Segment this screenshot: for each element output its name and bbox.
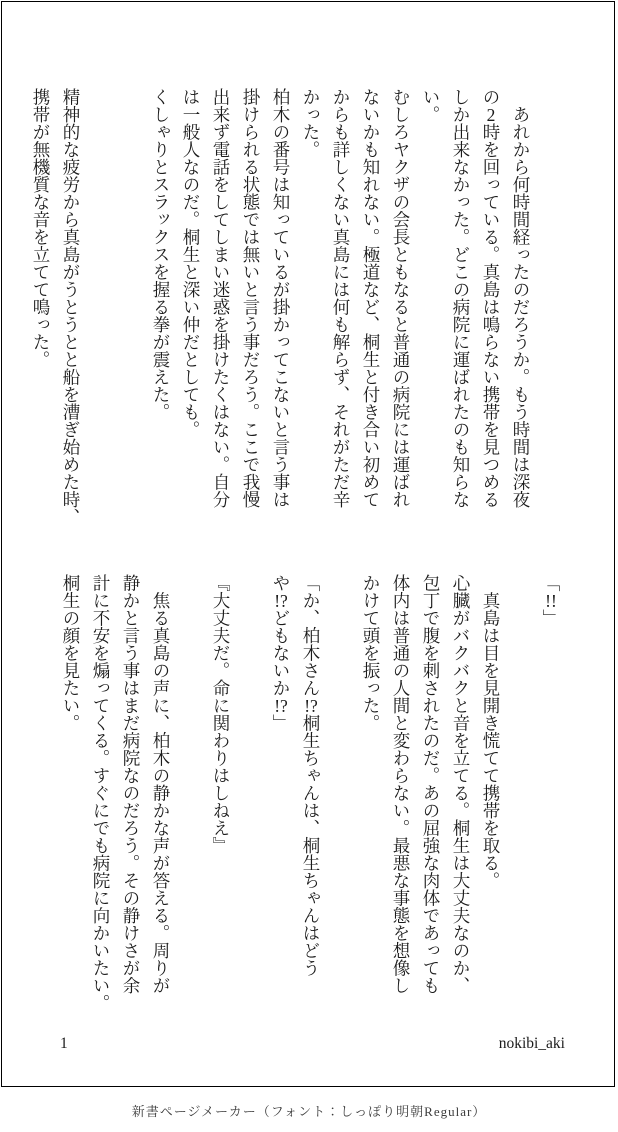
text-line [236,574,266,1026]
text-line: い。 [416,88,446,540]
page-number: 1 [60,1035,68,1053]
text-line: ないかも知れない。極道など、桐生と付き合い初めて [356,88,386,540]
text-line: は一般人なのだ。桐生と深い仲だとしても。 [176,88,206,540]
page-footer: 1 nokibi_aki [60,1035,565,1053]
text-line: むしろヤクザの会長ともなると普通の病院には運ばれ [386,88,416,540]
text-line: 包丁で腹を刺されたのだ。あの屈強な肉体であっても [416,574,446,1026]
text-line: 心臓がバクバクと音を立てる。桐生は大丈夫なのか、 [446,574,476,1026]
author-name: nokibi_aki [499,1035,565,1053]
text-line: 計に不安を煽ってくる。すぐにでも病院に向かいたい。 [86,574,116,1026]
text-line [506,574,536,1026]
text-line: からも詳しくない真島には何も解らず、それがただ辛 [326,88,356,540]
text-line: 柏木の番号は知っているが掛かってこないと言う事は [266,88,296,540]
text-line: 精神的な疲労から真島がうとうとと船を漕ぎ始めた時、 [56,88,86,540]
page-border-frame: あれから何時間経ったのだろうか。もう時間は深夜の2時を回っている。真島は鳴らない… [1,1,615,1087]
text-line: しか出来なかった。どこの病院に運ばれたのも知らな [446,88,476,540]
tatechuyoko: !? [271,697,291,715]
text-line [176,574,206,1026]
text-line: 掛けられる状態では無いと言う事だろう。ここで我慢 [236,88,266,540]
text-line: 携帯が無機質な音を立てて鳴った。 [26,88,56,540]
tatechuyoko: !? [301,697,321,715]
text-line: 真島は目を見開き慌てて携帯を取る。 [476,574,506,1026]
text-line: くしゃりとスラックスを握る拳が震えた。 [146,88,176,540]
text-line: 「か、柏木さん!?桐生ちゃんは、桐生ちゃんはどう [296,574,326,1026]
text-line: かった。 [296,88,326,540]
text-line: 『大丈夫だ。命に関わりはしねえ』 [206,574,236,1026]
text-line: 焦る真島の声に、柏木の静かな声が答える。周りが [146,574,176,1026]
text-line: 体内は普通の人間と変わらない。最悪な事態を想像し [386,574,416,1026]
text-line: 桐生の顔を見たい。 [56,574,86,1026]
vertical-text-row-bottom: 「!!」 真島は目を見開き慌てて携帯を取る。心臓がバクバクと音を立てる。桐生は大… [26,574,566,1026]
text-line: あれから何時間経ったのだろうか。もう時間は深夜 [506,88,536,540]
text-line: の2時を回っている。真島は鳴らない携帯を見つめる [476,88,506,540]
text-line [116,88,146,540]
text-line: 「!!」 [536,574,566,1026]
generator-caption: 新書ページメーカー（フォント：しっぽり明朝Regular） [0,1101,618,1120]
text-line: 出来ず電話をしてしまい迷惑を掛けたくはない。自分 [206,88,236,540]
text-line: 静かと言う事はまだ病院なのだろう。その静けさが余 [116,574,146,1026]
text-line: や!?どもないか!?」 [266,574,296,1026]
tatechuyoko: 2 [481,106,501,124]
text-line [536,88,566,540]
tatechuyoko: !? [271,592,291,610]
tatechuyoko: !! [541,592,561,610]
text-line [86,88,116,540]
novel-page-maker-image: { "page": { "page_number": "1", "author"… [0,0,618,1132]
text-line: かけて頭を振った。 [356,574,386,1026]
vertical-text-row-top: あれから何時間経ったのだろうか。もう時間は深夜の2時を回っている。真島は鳴らない… [26,88,566,540]
text-line [326,574,356,1026]
